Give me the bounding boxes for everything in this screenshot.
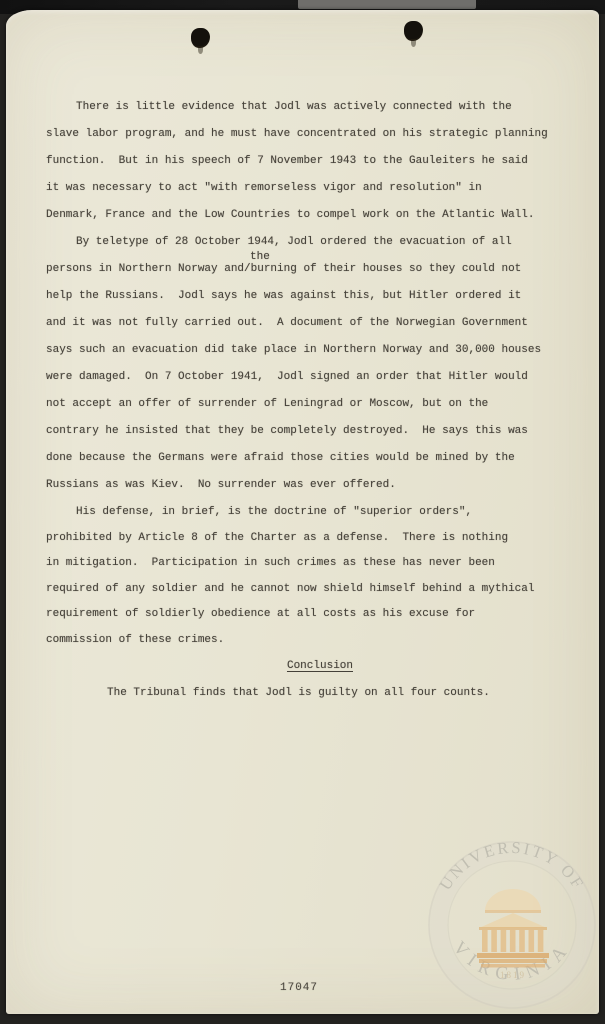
text-line: function. But in his speech of 7 Novembe…	[46, 155, 562, 182]
text-line: in mitigation. Participation in such cri…	[46, 557, 562, 583]
text-line: it was necessary to act "with remorseles…	[46, 182, 562, 209]
inserted-word: the	[250, 251, 270, 264]
text-line: slave labor program, and he must have co…	[46, 128, 562, 155]
text-line: contrary he insisted that they be comple…	[46, 425, 562, 452]
text-line: help the Russians. Jodl says he was agai…	[46, 290, 562, 317]
paragraph: His defense, in brief, is the doctrine o…	[46, 506, 562, 660]
text-line: says such an evacuation did take place i…	[46, 344, 562, 371]
paragraphs-container: There is little evidence that Jodl was a…	[46, 101, 562, 660]
text-line: and it was not fully carried out. A docu…	[46, 317, 562, 344]
document-page: There is little evidence that Jodl was a…	[6, 10, 599, 1014]
text-line: requirement of soldierly obedience at al…	[46, 608, 562, 634]
text-line: His defense, in brief, is the doctrine o…	[46, 506, 562, 532]
paragraph: By teletype of 28 October 1944, Jodl ord…	[46, 236, 562, 506]
university-seal-watermark: UNIVERSITY OF VIRGINIA 1819	[424, 837, 600, 1013]
page-number: 17047	[280, 982, 318, 994]
closing-line: The Tribunal finds that Jodl is guilty o…	[46, 687, 562, 714]
text-block: There is little evidence that Jodl was a…	[46, 101, 562, 714]
text-line: commission of these crimes.	[46, 634, 562, 660]
scanner-bed-highlight	[298, 0, 476, 9]
hole-punch-left	[191, 28, 210, 48]
text-line: were damaged. On 7 October 1941, Jodl si…	[46, 371, 562, 398]
rotunda-icon: 1819	[477, 889, 549, 980]
text-line: There is little evidence that Jodl was a…	[46, 101, 562, 128]
text-line: Russians as was Kiev. No surrender was e…	[46, 479, 562, 506]
paragraph: There is little evidence that Jodl was a…	[46, 101, 562, 236]
text-line: By teletype of 28 October 1944, Jodl ord…	[46, 236, 562, 263]
hole-punch-right	[404, 21, 423, 41]
section-heading-row: Conclusion	[46, 660, 562, 687]
text-line: persons in Northern Norway and/burning o…	[46, 263, 562, 290]
text-line: required of any soldier and he cannot no…	[46, 583, 562, 609]
text-line: Denmark, France and the Low Countries to…	[46, 209, 562, 236]
section-heading: Conclusion	[287, 660, 353, 672]
text-line: not accept an offer of surrender of Leni…	[46, 398, 562, 425]
text-line: prohibited by Article 8 of the Charter a…	[46, 532, 562, 558]
text-line: done because the Germans were afraid tho…	[46, 452, 562, 479]
seal-year: 1819	[500, 970, 526, 980]
